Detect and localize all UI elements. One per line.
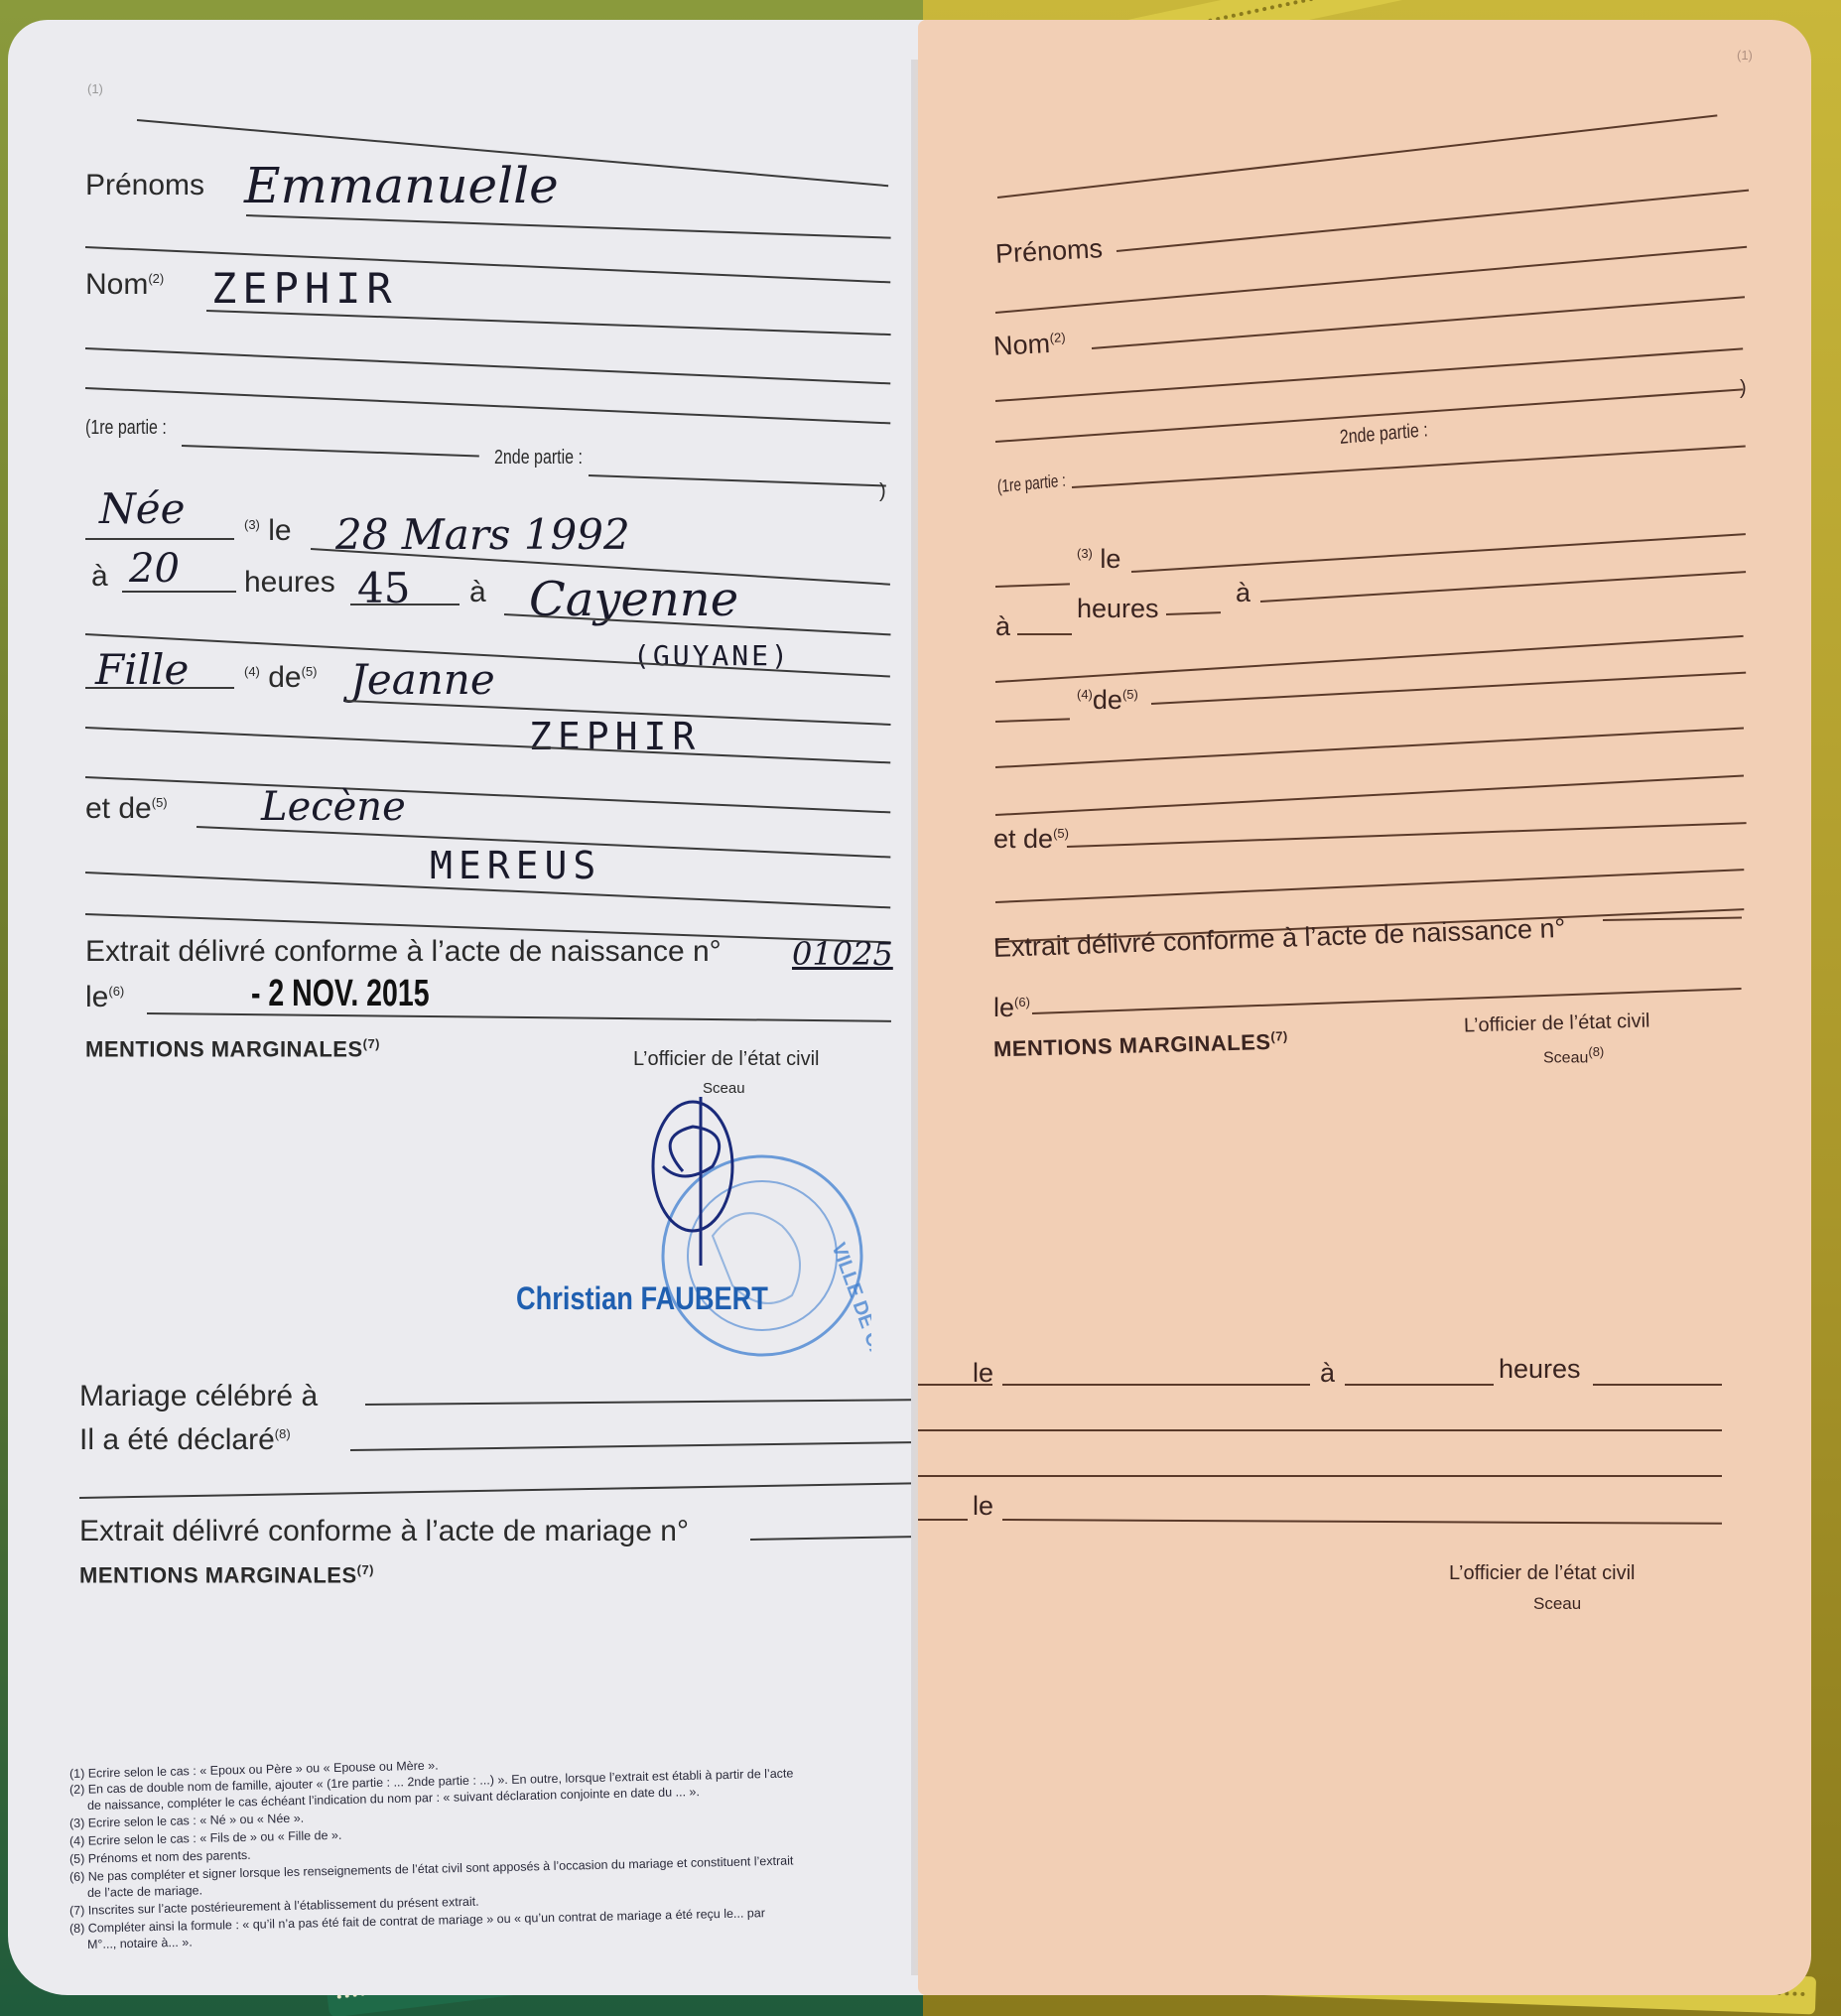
form-line [206, 310, 891, 336]
extrait-mariage-label: Extrait délivré conforme à l’acte de mar… [79, 1515, 689, 1548]
lieu-value: Cayenne [529, 572, 738, 627]
form-line [995, 635, 1744, 683]
form-line [350, 1441, 921, 1451]
pere-nom-value: MEREUS [430, 844, 601, 887]
form-line [85, 538, 234, 540]
officier-label: L’officier de l’état civil [633, 1048, 820, 1071]
form-line [85, 776, 890, 813]
mariage-heures-label: heures [1499, 1354, 1581, 1385]
footnote-8-cont: M°..., notaire à... ». [87, 1936, 193, 1951]
nom-label: Nom(2) [992, 328, 1066, 362]
form-line [995, 246, 1747, 314]
le-date-label: le(6) [85, 981, 124, 1014]
form-line [182, 445, 479, 457]
a2-label: à [469, 576, 486, 609]
form-line [1151, 672, 1746, 705]
extrait-mariage-le-label: le [973, 1491, 993, 1522]
le-label: (3) le [244, 514, 292, 548]
form-line [1345, 1384, 1494, 1386]
de-label: (4)de(5) [1077, 685, 1138, 716]
sceau-label: Sceau(8) [1543, 1044, 1604, 1067]
form-line [350, 604, 460, 605]
form-line [365, 1399, 921, 1406]
close-paren: ) [879, 480, 886, 503]
form-line [79, 1482, 921, 1499]
form-line [1603, 917, 1742, 921]
ne-le-label: (3) le [1077, 544, 1120, 575]
de-label: (4) de(5) [244, 661, 318, 695]
le-date-label: le(6) [993, 993, 1030, 1023]
heure-value: 20 [129, 546, 180, 592]
form-line [1117, 190, 1749, 252]
numero-acte-value: 01025 [792, 935, 893, 973]
form-line [1092, 296, 1745, 349]
left-page: (1) Prénoms Emmanuelle Nom(2) ZEPHIR (1r… [8, 20, 931, 1995]
form-line [85, 246, 890, 283]
sceau-2-label: Sceau [1533, 1594, 1581, 1614]
partie2-label: 2nde partie : [494, 447, 583, 470]
form-line [997, 114, 1718, 199]
form-line [85, 727, 890, 763]
form-line [147, 1012, 891, 1022]
form-line [85, 347, 890, 384]
a-label: à [91, 560, 108, 594]
form-line [995, 718, 1070, 723]
form-line [1002, 1384, 1310, 1386]
svg-text:VILLE DE CAYENNE · GUYANE ·: VILLE DE CAYENNE · GUYANE · [827, 1240, 871, 1375]
form-line [995, 583, 1070, 588]
page-corner-mark: (1) [87, 81, 103, 96]
mentions-marginales-label: MENTIONS MARGINALES(7) [85, 1036, 380, 1062]
form-line [85, 387, 890, 424]
sceau-label: Sceau [703, 1080, 745, 1097]
form-line [1260, 571, 1746, 603]
form-line [122, 591, 236, 593]
mariage-a-label: à [1320, 1358, 1335, 1389]
footnote-3: (3) Ecrire selon le cas : « Né » ou « Né… [69, 1812, 304, 1830]
nom-label: Nom(2) [85, 268, 164, 302]
et-de-label: et de(5) [85, 792, 168, 826]
heures-label: heures [244, 566, 335, 600]
footnote-4: (4) Ecrire selon le cas : « Fils de » ou… [69, 1828, 342, 1848]
form-line [995, 347, 1743, 402]
form-line [246, 214, 891, 239]
form-line [1131, 533, 1746, 573]
page-corner-mark: (1) [1737, 48, 1753, 63]
mentions-marginales-2-label: MENTIONS MARGINALES(7) [79, 1562, 374, 1588]
a2-label: à [1236, 578, 1250, 608]
official-seal-icon: VILLE DE CAYENNE · GUYANE · [643, 1097, 871, 1375]
pere-prenom-value: Lecène [261, 784, 406, 830]
officier-name-stamp: Christian FAUBERT [516, 1280, 768, 1317]
form-line [1002, 1519, 1722, 1525]
form-line [995, 869, 1744, 903]
form-line [995, 727, 1744, 768]
prenoms-label: Prénoms [994, 233, 1104, 270]
declare-label: Il a été déclaré(8) [79, 1423, 291, 1457]
form-line [995, 774, 1744, 816]
mariage-celebre-label: Mariage célébré à [79, 1380, 318, 1413]
officier-label: L’officier de l’état civil [1464, 1010, 1650, 1038]
form-line [1072, 445, 1746, 488]
a-label: à [995, 611, 1010, 642]
footnote-5: (5) Prénoms et nom des parents. [69, 1848, 251, 1866]
extrait-naissance-label: Extrait délivré conforme à l’acte de nai… [85, 935, 722, 969]
footnote-6-cont: de l’acte de mariage. [87, 1883, 202, 1900]
form-line [1166, 611, 1221, 615]
partie2-label: 2nde partie : [1339, 419, 1428, 450]
et-de-label: et de(5) [993, 824, 1069, 855]
form-line [750, 1536, 921, 1541]
form-line [918, 1475, 1722, 1477]
partie1-label: (1re partie : [996, 470, 1066, 497]
form-line [918, 1519, 968, 1521]
extrait-naissance-label: Extrait délivré conforme à l’acte de nai… [992, 913, 1565, 964]
mentions-marginales-label: MENTIONS MARGINALES(7) [993, 1028, 1289, 1062]
officier-2-label: L’officier de l’état civil [1449, 1562, 1636, 1585]
nom-value: ZEPHIR [211, 264, 398, 313]
form-line [918, 1429, 1722, 1431]
date-delivrance-stamp: - 2 NOV. 2015 [251, 973, 430, 1015]
form-line [1067, 822, 1747, 848]
nee-value: Née [99, 484, 185, 533]
prenoms-label: Prénoms [85, 169, 204, 202]
form-line [1593, 1384, 1722, 1386]
prenoms-value: Emmanuelle [244, 157, 559, 214]
mere-prenom-value: Jeanne [350, 655, 495, 704]
partie1-label: (1re partie : [85, 417, 167, 440]
form-line [85, 687, 234, 689]
right-page: (1) Prénoms Nom(2) ) 2nde partie : (1re … [918, 20, 1811, 1995]
form-line [1017, 633, 1072, 635]
heures-label: heures [1077, 594, 1159, 624]
form-line [589, 474, 886, 486]
mariage-le-label: le [973, 1358, 993, 1389]
